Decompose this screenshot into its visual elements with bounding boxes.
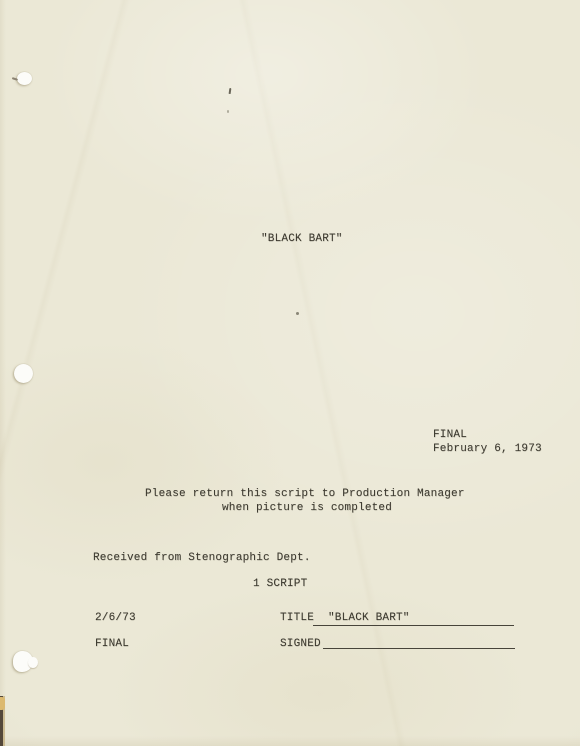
log-date: 2/6/73 <box>95 611 136 625</box>
log-status: FINAL <box>95 637 129 651</box>
draft-status: FINAL <box>433 428 467 442</box>
script-count: 1 SCRIPT <box>253 577 307 591</box>
paper-speck-faint <box>227 110 229 113</box>
title-field-underline <box>313 625 514 626</box>
draft-date: February 6, 1973 <box>433 442 542 456</box>
script-title: "BLACK BART" <box>261 232 343 246</box>
return-notice-line2: when picture is completed <box>222 501 392 515</box>
hole-punch-bottom-bump <box>28 657 38 668</box>
stray-typewriter-mark <box>229 88 232 94</box>
paper-speck-center <box>296 312 299 315</box>
title-field-value: "BLACK BART" <box>328 611 410 625</box>
script-cover-page: "BLACK BART" FINAL February 6, 1973 Plea… <box>0 0 580 746</box>
signed-field-underline <box>323 648 515 649</box>
page-edge-highlight <box>0 697 5 710</box>
received-from-line: Received from Stenographic Dept. <box>93 551 311 565</box>
title-field-label: TITLE <box>280 611 314 625</box>
hole-punch-top <box>17 72 32 85</box>
hole-punch-middle <box>14 364 33 383</box>
signed-field-label: SIGNED <box>280 637 321 651</box>
return-notice-line1: Please return this script to Production … <box>145 487 465 501</box>
